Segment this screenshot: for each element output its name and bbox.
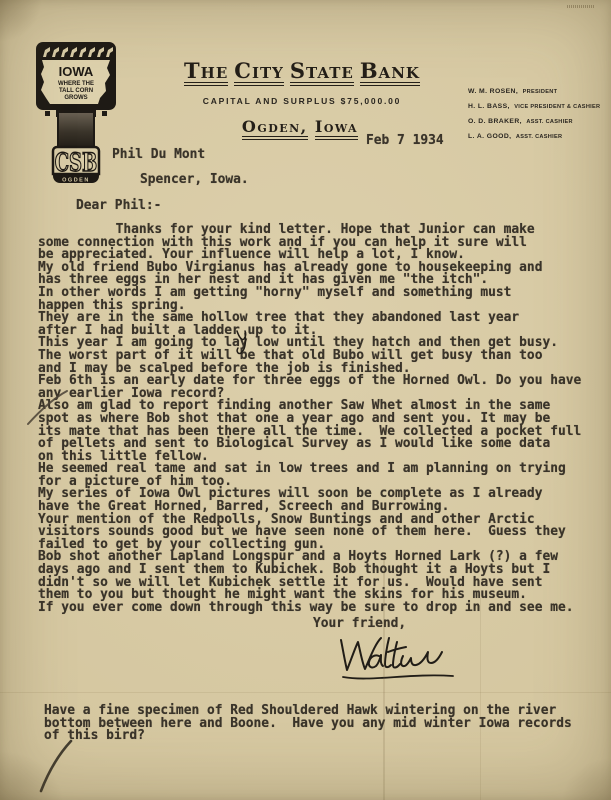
logo-state-label: IOWA	[59, 64, 94, 79]
officer-row: W. M. ROSEN, PRESIDENT	[468, 83, 600, 98]
postscript-line: of this bird?	[44, 730, 572, 743]
logo-monogram: CSB	[55, 149, 98, 178]
letter-line: If you ever come down through this way b…	[38, 602, 581, 615]
bank-name-word: Bank	[360, 60, 420, 86]
officer-name: W. M. ROSEN,	[468, 88, 518, 95]
logo-slogan-2: TALL CORN	[59, 88, 93, 94]
letter-body: Thanks for your kind letter. Hope that J…	[38, 224, 581, 614]
bank-city-word: Iowa	[315, 119, 358, 140]
letter-scan: IOWA WHERE THE TALL CORN GROWS CSB OGDEN…	[0, 0, 611, 800]
recipient-name: Phil Du Mont	[112, 147, 205, 162]
logo-city: OGDEN	[62, 178, 90, 184]
paper-crease	[480, 598, 481, 800]
bank-name: TheCityStateBank	[178, 60, 426, 86]
pencil-slash-mark	[41, 741, 71, 791]
bank-logo: IOWA WHERE THE TALL CORN GROWS CSB OGDEN	[36, 42, 116, 184]
handwritten-signature	[335, 630, 460, 685]
officer-list: W. M. ROSEN, PRESIDENT H. L. BASS, VICE …	[468, 83, 600, 143]
logo-slogan-1: WHERE THE	[58, 81, 94, 87]
officer-title: ASST. CASHIER	[516, 134, 562, 140]
paper-crease	[383, 560, 385, 800]
officer-name: H. L. BASS,	[468, 103, 510, 110]
officer-name: O. D. BRAKER,	[468, 118, 522, 125]
officer-row: O. D. BRAKER, ASST. CASHIER	[468, 113, 600, 128]
bank-name-word: State	[290, 60, 354, 86]
paper-fold-crease	[0, 692, 611, 693]
officer-title: VICE PRESIDENT & CASHIER	[514, 104, 600, 110]
postscript: Have a fine specimen of Red Shouldered H…	[44, 705, 572, 743]
officer-title: PRESIDENT	[523, 89, 558, 95]
logo-slogan-3: GROWS	[64, 95, 87, 101]
salutation: Dear Phil:-	[76, 198, 161, 213]
officer-row: H. L. BASS, VICE PRESIDENT & CASHIER	[468, 98, 600, 113]
capital-surplus-line: CAPITAL AND SURPLUS $75,000.00	[178, 96, 426, 106]
bank-name-word: The	[184, 60, 228, 86]
valediction: Your friend,	[313, 616, 406, 631]
bank-name-word: City	[234, 60, 284, 86]
officer-title: ASST. CASHIER	[526, 119, 572, 125]
bank-city-word: Ogden,	[242, 119, 308, 140]
printers-mark	[567, 5, 595, 8]
officer-row: L. A. GOOD, ASST. CASHIER	[468, 128, 600, 143]
officer-name: L. A. GOOD,	[468, 133, 511, 140]
recipient-address: Spencer, Iowa.	[140, 172, 249, 187]
letter-date: Feb 7 1934	[366, 133, 444, 148]
